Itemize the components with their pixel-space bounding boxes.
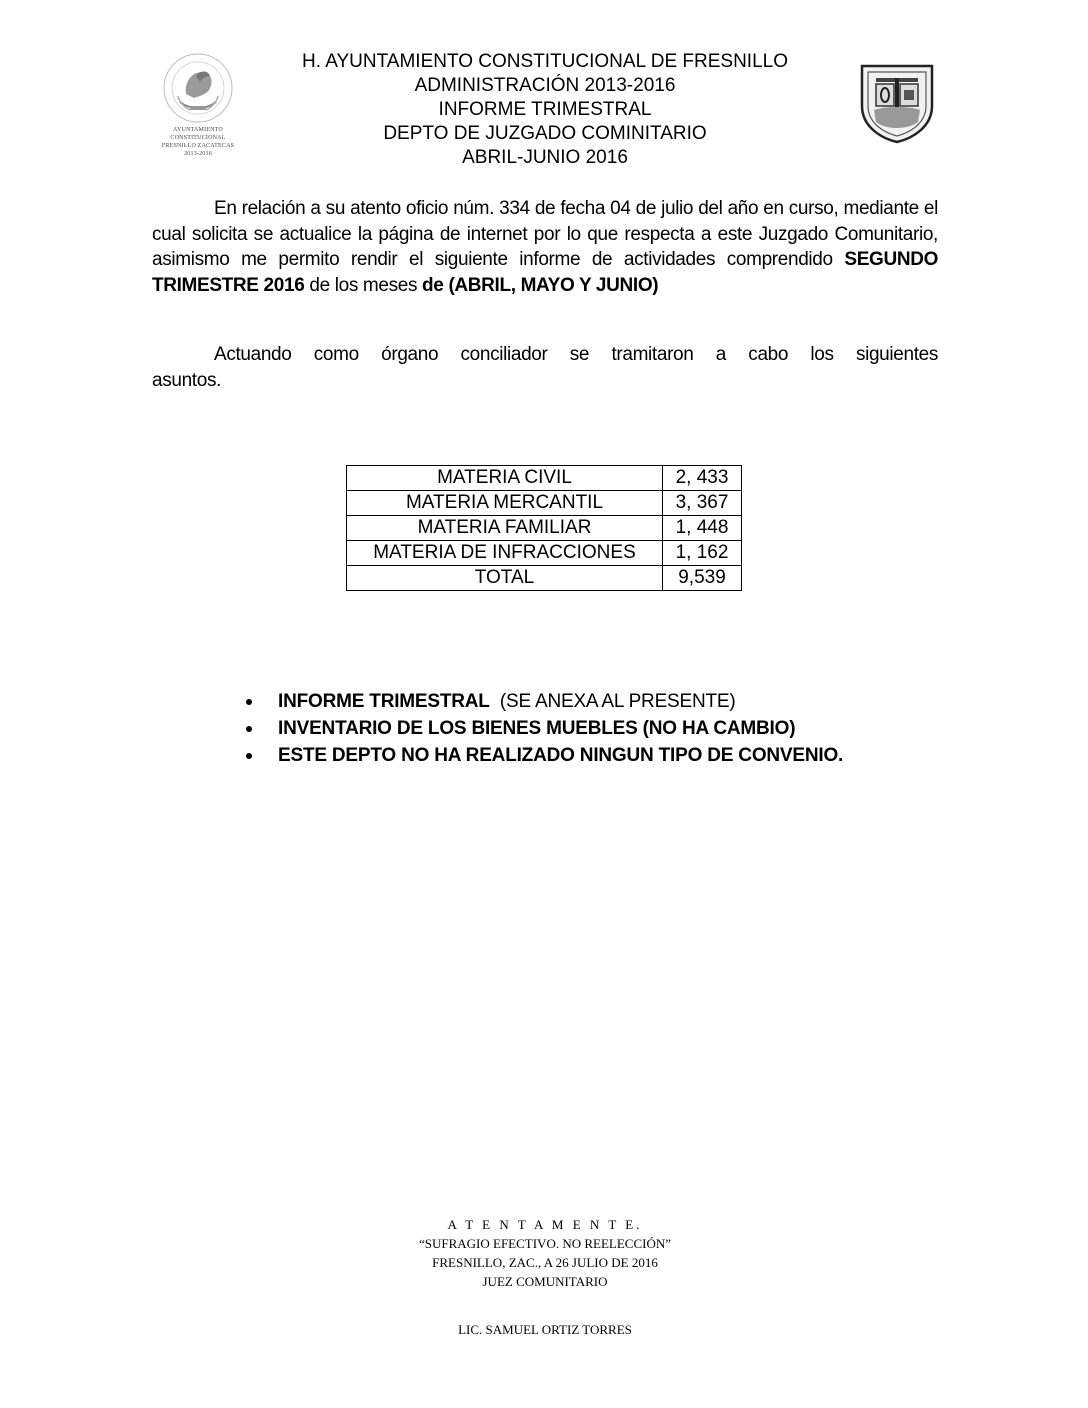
- table-cell-label: MATERIA CIVIL: [347, 466, 663, 491]
- left-seal-caption: AYUNTAMIENTO CONSTITUCIONAL FRESNILLO ZA…: [148, 126, 248, 158]
- document-page: AYUNTAMIENTO CONSTITUCIONAL FRESNILLO ZA…: [0, 0, 1088, 1408]
- table-cell-value: 2, 433: [663, 466, 742, 491]
- table-total-label: TOTAL: [347, 566, 663, 591]
- fresnillo-shield-icon: [856, 60, 938, 144]
- table-cell-value: 1, 448: [663, 516, 742, 541]
- document-header: H. AYUNTAMIENTO CONSTITUCIONAL DE FRESNI…: [250, 50, 840, 170]
- list-item: ESTE DEPTO NO HA REALIZADO NINGUN TIPO D…: [246, 742, 843, 769]
- table-row: MATERIA DE INFRACCIONES 1, 162: [347, 541, 742, 566]
- table-row: MATERIA FAMILIAR 1, 448: [347, 516, 742, 541]
- table-row: MATERIA MERCANTIL 3, 367: [347, 491, 742, 516]
- motto: “SUFRAGIO EFECTIVO. NO REELECCIÓN”: [345, 1234, 745, 1253]
- table-cell-value: 1, 162: [663, 541, 742, 566]
- place-date: FRESNILLO, ZAC., A 26 JULIO DE 2016: [345, 1253, 745, 1272]
- closing: A T E N T A M E N T E.: [345, 1215, 745, 1234]
- signer-role: JUEZ COMUNITARIO: [345, 1272, 745, 1291]
- header-title-line: H. AYUNTAMIENTO CONSTITUCIONAL DE FRESNI…: [250, 50, 840, 74]
- table-total-row: TOTAL 9,539: [347, 566, 742, 591]
- signature-block: A T E N T A M E N T E. “SUFRAGIO EFECTIV…: [345, 1215, 745, 1339]
- table-cell-label: MATERIA DE INFRACCIONES: [347, 541, 663, 566]
- cases-table: MATERIA CIVIL 2, 433 MATERIA MERCANTIL 3…: [346, 465, 742, 591]
- table-row: MATERIA CIVIL 2, 433: [347, 466, 742, 491]
- header-title-line: ADMINISTRACIÓN 2013-2016: [250, 74, 840, 98]
- list-item: INVENTARIO DE LOS BIENES MUEBLES (NO HA …: [246, 715, 843, 742]
- header-title-line: INFORME TRIMESTRAL: [250, 98, 840, 122]
- bullet-icon: [246, 699, 252, 705]
- bullet-icon: [246, 726, 252, 732]
- header-title-line: DEPTO DE JUZGADO COMINITARIO: [250, 122, 840, 146]
- list-item: INFORME TRIMESTRAL (SE ANEXA AL PRESENTE…: [246, 688, 843, 715]
- conciliation-paragraph: Actuando como órgano conciliador se tram…: [152, 342, 938, 393]
- left-seal: AYUNTAMIENTO CONSTITUCIONAL FRESNILLO ZA…: [148, 50, 248, 155]
- bullet-list: INFORME TRIMESTRAL (SE ANEXA AL PRESENTE…: [246, 688, 843, 769]
- signer-name: LIC. SAMUEL ORTIZ TORRES: [345, 1320, 745, 1339]
- mexico-coat-of-arms-icon: [160, 50, 236, 126]
- right-seal: [856, 60, 938, 144]
- table-cell-value: 3, 367: [663, 491, 742, 516]
- table-cell-label: MATERIA MERCANTIL: [347, 491, 663, 516]
- bullet-icon: [246, 753, 252, 759]
- months-emphasis: de (ABRIL, MAYO Y JUNIO): [422, 275, 658, 296]
- header-title-line: ABRIL-JUNIO 2016: [250, 146, 840, 170]
- table-total-value: 9,539: [663, 566, 742, 591]
- intro-paragraph: En relación a su atento oficio núm. 334 …: [152, 196, 938, 298]
- table-cell-label: MATERIA FAMILIAR: [347, 516, 663, 541]
